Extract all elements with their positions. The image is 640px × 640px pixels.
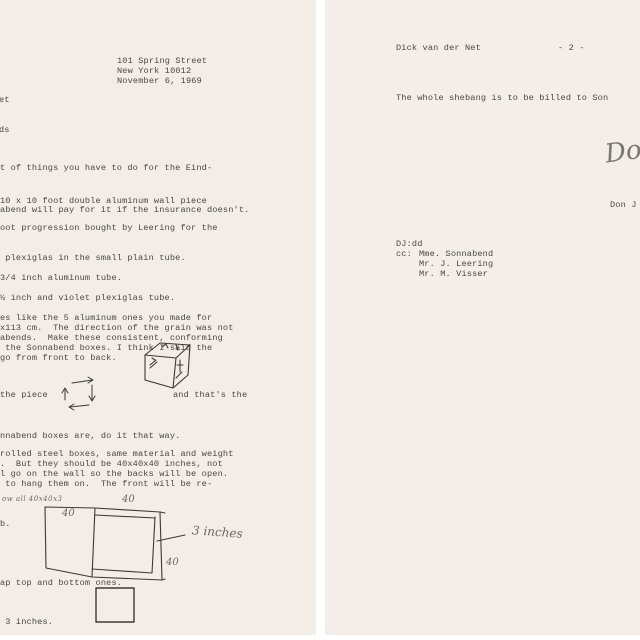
- cc-recipient: Mme. Sonnabend: [419, 249, 493, 259]
- cube-sketch: [145, 343, 190, 388]
- cc-recipient: Mr. J. Leering: [419, 259, 493, 269]
- typist-initials: DJ:dd: [396, 239, 423, 249]
- body-line: The whole shebang is to be billed to Son: [396, 93, 608, 103]
- cc-recipient: Mr. M. Visser: [419, 269, 488, 279]
- rotation-arrows-sketch: [62, 377, 95, 410]
- square-sketch: [96, 588, 134, 622]
- cc-label: cc:: [396, 249, 412, 259]
- letter-page-2: Dick van der Net - 2 - The whole shebang…: [325, 0, 640, 635]
- page-header-name: Dick van der Net: [396, 43, 481, 53]
- page-number: - 2 -: [558, 43, 585, 53]
- typed-signature: Don J: [610, 200, 637, 210]
- sketches: [0, 0, 316, 635]
- box-sketch: [45, 507, 185, 580]
- letter-page-1: 101 Spring Street New York 10012 Novembe…: [0, 0, 316, 635]
- handwritten-signature: Don: [603, 132, 640, 169]
